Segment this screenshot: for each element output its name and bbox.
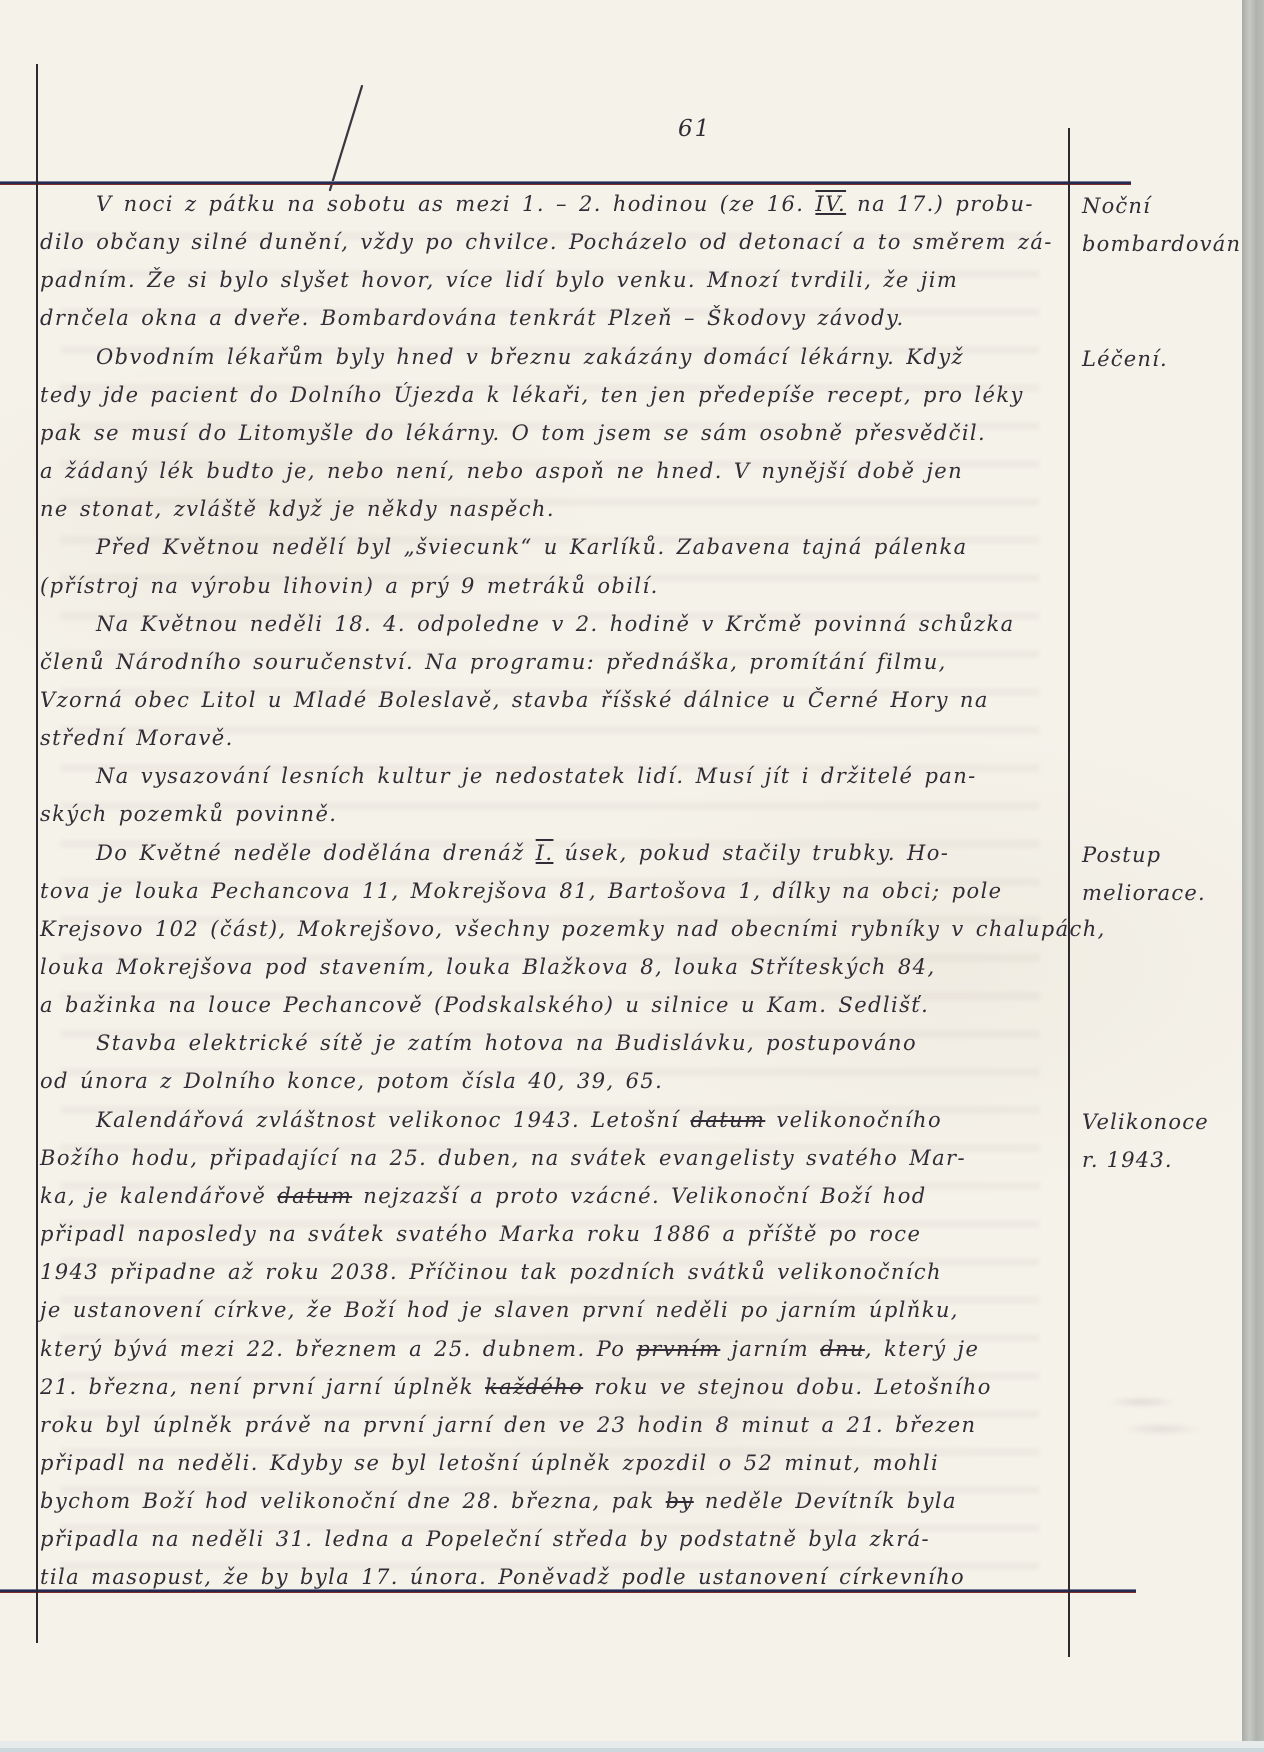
text-line: střední Moravě. bbox=[40, 726, 234, 750]
bottom-rule bbox=[0, 1589, 1136, 1593]
ghost-ink-smudge bbox=[1090, 1390, 1220, 1450]
text-line: roku byl úplněk právě na první jarní den… bbox=[40, 1413, 976, 1437]
text-line: 1943 připadne až roku 2038. Příčinou tak… bbox=[40, 1260, 942, 1284]
text-line: Vzorná obec Litol u Mladé Boleslavě, sta… bbox=[40, 688, 989, 712]
text-line: drnčela okna a dveře. Bombardována tenkr… bbox=[40, 306, 905, 330]
page-number: 61 bbox=[678, 116, 711, 142]
text-line: Krejsovo 102 (část), Mokrejšovo, všechny… bbox=[40, 917, 1106, 941]
top-rule bbox=[0, 181, 1131, 185]
text-line: tedy jde pacient do Dolního Újezda k lék… bbox=[40, 383, 1024, 407]
text-line: Na vysazování lesních kultur je nedostat… bbox=[40, 764, 977, 788]
scan-edge-bottom bbox=[0, 1741, 1264, 1752]
text-line: bychom Boží hod velikonoční dne 28. břez… bbox=[40, 1489, 957, 1513]
text-line: Před Květnou nedělí byl „šviecunk“ u Kar… bbox=[40, 535, 968, 559]
margin-note: Léčení. bbox=[1082, 347, 1168, 371]
margin-note: Postup bbox=[1082, 843, 1161, 867]
text-line: Kalendářová zvláštnost velikonoc 1943. L… bbox=[40, 1108, 942, 1132]
text-line: Do Květné neděle dodělána drenáž I. úsek… bbox=[40, 841, 949, 865]
text-line: a bažinka na louce Pechancově (Podskalsk… bbox=[40, 993, 929, 1017]
text-line: připadla na neděli 31. ledna a Popeleční… bbox=[40, 1527, 930, 1551]
text-line: ka, je kalendářově datum nejzazší a prot… bbox=[40, 1184, 927, 1208]
text-line: Na Květnou neděli 18. 4. odpoledne v 2. … bbox=[40, 612, 1015, 636]
text-line: ských pozemků povinně. bbox=[40, 802, 337, 826]
scanned-chronicle-page: 61 V noci z pátku na sobotu as mezi 1. –… bbox=[0, 0, 1264, 1752]
text-line: (přístroj na výrobu lihovin) a prý 9 met… bbox=[40, 574, 659, 598]
text-line: dilo občany silné dunění, vždy po chvilc… bbox=[40, 230, 1053, 254]
text-line: Obvodním lékařům byly hned v březnu zaká… bbox=[40, 345, 964, 369]
text-line: který bývá mezi 22. březnem a 25. dubnem… bbox=[40, 1337, 979, 1361]
text-line: Božího hodu, připadající na 25. duben, n… bbox=[40, 1146, 966, 1170]
text-line: tila masopust, že by byla 17. února. Pon… bbox=[40, 1565, 965, 1589]
text-line: Stavba elektrické sítě je zatím hotova n… bbox=[40, 1031, 917, 1055]
left-margin-rule bbox=[36, 64, 38, 1643]
margin-note: bombardování bbox=[1082, 232, 1249, 256]
text-line: a žádaný lék budto je, nebo není, nebo a… bbox=[40, 459, 963, 483]
text-line: je ustanovení církve, že Boží hod je sla… bbox=[40, 1298, 959, 1322]
text-line: V noci z pátku na sobotu as mezi 1. – 2.… bbox=[40, 192, 1034, 216]
margin-note: Velikonoce bbox=[1082, 1110, 1209, 1134]
margin-note: meliorace. bbox=[1082, 881, 1206, 905]
margin-note: r. 1943. bbox=[1082, 1148, 1173, 1172]
text-line: od února z Dolního konce, potom čísla 40… bbox=[40, 1069, 663, 1093]
text-line: tova je louka Pechancova 11, Mokrejšova … bbox=[40, 879, 1003, 903]
text-line: pak se musí do Litomyšle do lékárny. O t… bbox=[40, 421, 986, 445]
text-line: ne stonat, zvláště když je někdy naspěch… bbox=[40, 497, 555, 521]
text-line: louka Mokrejšova pod stavením, louka Bla… bbox=[40, 955, 936, 979]
right-margin-rule bbox=[1068, 128, 1070, 1657]
text-line: připadl na neděli. Kdyby se byl letošní … bbox=[40, 1451, 939, 1475]
text-line: padním. Že si bylo slyšet hovor, více li… bbox=[40, 268, 958, 292]
text-line: připadl naposledy na svátek svatého Mark… bbox=[40, 1222, 921, 1246]
scan-edge-right bbox=[1242, 0, 1264, 1752]
text-line: 21. března, není první jarní úplněk každ… bbox=[40, 1375, 992, 1399]
text-line: členů Národního souručenství. Na program… bbox=[40, 650, 947, 674]
margin-note: Noční bbox=[1082, 194, 1151, 218]
